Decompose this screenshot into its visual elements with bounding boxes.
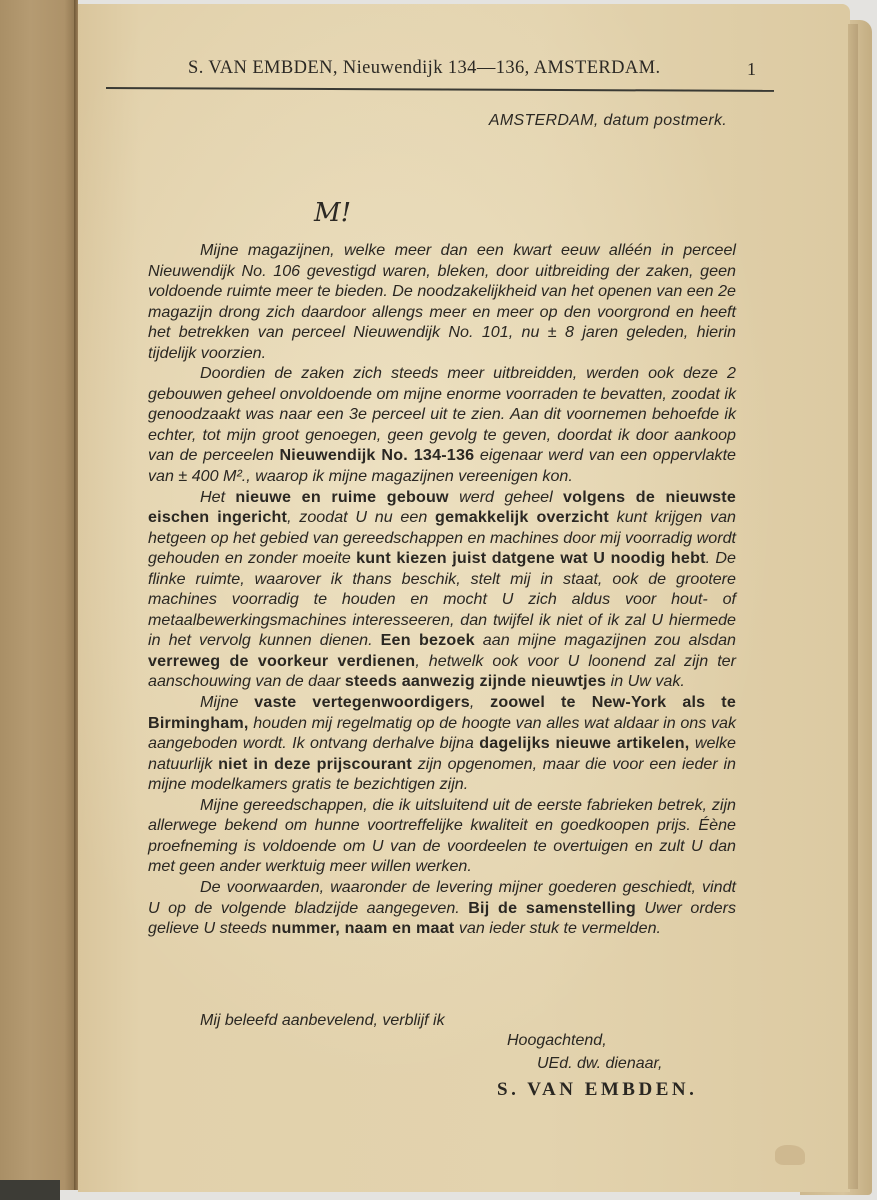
italic-run: Mijne — [200, 693, 254, 711]
bold-run: Nieuwendijk No. 134-136 — [279, 446, 474, 464]
bold-run: vaste vertegenwoordigers — [254, 693, 470, 711]
servant-line: UEd. dw. dienaar, — [537, 1055, 662, 1073]
book-cover — [0, 0, 76, 1190]
header-title: S. VAN EMBDEN, Nieuwendijk 134—136, AMST… — [188, 58, 661, 79]
italic-run: Mijne magazijnen, welke meer dan een kwa… — [148, 241, 736, 362]
italic-run: , zoodat U nu een — [287, 508, 435, 526]
bold-run: nummer, naam en maat — [271, 919, 454, 937]
bold-run: verreweg de voorkeur verdienen — [148, 652, 415, 670]
paragraph: Mijne gereedschappen, die ik uitsluitend… — [148, 795, 736, 877]
bold-run: Bij de samenstelling — [468, 899, 636, 917]
regards-line: Hoogachtend, — [507, 1032, 607, 1050]
bold-run: kunt kiezen juist datgene wat U noodig h… — [356, 549, 706, 567]
letter-body: Mijne magazijnen, welke meer dan een kwa… — [148, 240, 736, 939]
salutation: M! — [314, 198, 351, 228]
paragraph: Het nieuwe en ruime gebouw werd geheel v… — [148, 487, 736, 692]
bold-run: dagelijks nieuwe artikelen, — [479, 734, 689, 752]
bold-run: Een bezoek — [381, 631, 475, 649]
bold-run: gemakkelijk overzicht — [435, 508, 609, 526]
italic-run: Mijne gereedschappen, die ik uitsluitend… — [148, 796, 736, 876]
bold-run: nieuwe en ruime gebouw — [235, 488, 448, 506]
paragraph: Mijne vaste vertegenwoordigers, zoowel t… — [148, 692, 736, 795]
signature: S. VAN EMBDEN. — [497, 1079, 697, 1101]
page-number: 1 — [747, 59, 756, 80]
italic-run: van ieder stuk te vermelden. — [454, 919, 661, 937]
italic-run: in Uw vak. — [606, 672, 685, 690]
paragraph: Doordien de zaken zich steeds meer uitbr… — [148, 363, 736, 486]
paper-stain — [775, 1145, 805, 1165]
page-header: S. VAN EMBDEN, Nieuwendijk 134—136, AMST… — [106, 50, 774, 84]
book-cover-bottom-edge — [0, 1180, 60, 1200]
bold-run: steeds aanwezig zijnde nieuwtjes — [345, 672, 606, 690]
dateline: AMSTERDAM, datum postmerk. — [489, 112, 727, 130]
italic-run: , — [470, 693, 490, 711]
paragraph: De voorwaarden, waaronder de levering mi… — [148, 877, 736, 939]
paragraph: Mijne magazijnen, welke meer dan een kwa… — [148, 240, 736, 363]
closing-line: Mij beleefd aanbevelend, verblijf ik — [200, 1012, 445, 1030]
italic-run: Het — [200, 488, 235, 506]
italic-run: werd geheel — [449, 488, 563, 506]
bold-run: niet in deze prijscourant — [218, 755, 412, 773]
italic-run: aan mijne magazijnen zou alsdan — [475, 631, 736, 649]
